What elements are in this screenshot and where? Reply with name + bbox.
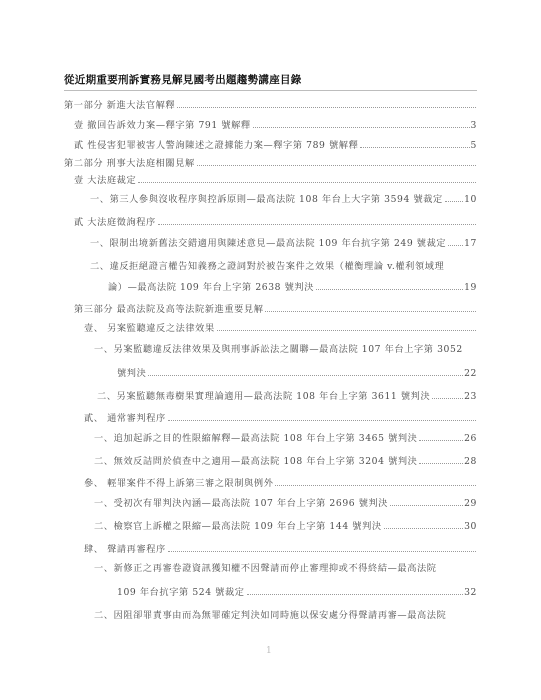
toc-entry[interactable]: 貳、 通常審判程序 — [84, 410, 477, 424]
toc-entry[interactable]: 一、新修正之再審卷證資訊獲知權不因聲請而停止審理抑或不得終結—最高法院 — [94, 560, 477, 574]
title-divider — [64, 90, 477, 91]
dot-leader — [168, 551, 476, 552]
toc-entry[interactable]: 一、限制出境新舊法交錯適用與陳述意見—最高法院 109 年台抗字第 249 號裁… — [90, 235, 477, 249]
toc-entry-title: 號判決 — [117, 365, 146, 379]
dot-leader — [360, 147, 469, 148]
dot-leader — [253, 127, 470, 128]
toc-entry[interactable]: 壹 撤回告訴效力案—釋字第 791 號解釋3 — [74, 117, 477, 131]
toc-entry-title: 一、受初次有罪判決內涵—最高法院 107 年台上字第 2696 號判決 — [94, 495, 388, 509]
dot-leader — [197, 165, 476, 166]
toc-entry-title: 參、 輕罪案件不得上訴第三審之限制與例外 — [84, 475, 273, 489]
dot-leader — [158, 224, 476, 225]
toc-entry-title: 二、違反拒絕證言權告知義務之證詞對於被告案件之效果（權衡理論 v.權利領域理 — [90, 258, 444, 272]
dot-leader — [419, 440, 463, 441]
toc-entry[interactable]: 貳 大法庭徵詢程序 — [74, 214, 477, 228]
toc-entry[interactable]: 第三部分 最高法院及高等法院新進重要見解 — [74, 301, 477, 315]
dot-leader — [445, 201, 463, 202]
toc-entry-title: 第二部分 刑事大法庭相關見解 — [64, 155, 195, 169]
toc-entry-title: 一、限制出境新舊法交錯適用與陳述意見—最高法院 109 年台抗字第 249 號裁… — [90, 235, 446, 249]
toc-entry-title: 壹、 另案監聽違反之法律效果 — [84, 320, 215, 334]
dot-leader — [138, 182, 476, 183]
dot-leader — [247, 594, 464, 595]
toc-entry[interactable]: 一、追加起訴之目的性限縮解釋—最高法院 108 年台上字第 3465 號判決26 — [94, 430, 477, 444]
toc-entry-page: 32 — [464, 587, 477, 598]
toc-entry[interactable]: 一、第三人參與沒收程序與控訴原則—最高法院 108 年台上大字第 3594 號裁… — [90, 191, 477, 205]
dot-leader — [419, 463, 463, 464]
toc-entry[interactable]: 第二部分 刑事大法庭相關見解 — [64, 155, 477, 169]
dot-leader — [384, 528, 463, 529]
toc-entry-title: 壹 撤回告訴效力案—釋字第 791 號解釋 — [74, 117, 251, 131]
toc-entry-title: 一、追加起訴之目的性限縮解釋—最高法院 108 年台上字第 3465 號判決 — [94, 430, 417, 444]
dot-leader — [275, 485, 476, 486]
toc-entry-title: 一、新修正之再審卷證資訊獲知權不因聲請而停止審理抑或不得終結—最高法院 — [94, 560, 437, 574]
toc-entry[interactable]: 109 年台抗字第 524 號裁定32 — [117, 584, 477, 598]
toc-entry-page: 22 — [464, 368, 477, 379]
page-number: 1 — [266, 646, 272, 656]
toc-entry-title: 二、因阻卻罪責事由而為無罪確定判決如同時施以保安處分得聲請再審—最高法院 — [94, 607, 446, 621]
dot-leader — [390, 505, 463, 506]
toc-entry-page: 17 — [464, 238, 477, 249]
toc-entry-title: 論）—最高法院 109 年台上字第 2638 號判決 — [108, 279, 314, 293]
dot-leader — [177, 107, 476, 108]
toc-entry[interactable]: 第一部分 新進大法官解釋 — [64, 97, 477, 111]
document-page: 從近期重要刑訴實務見解見國考出題趨勢講座目錄 第一部分 新進大法官解釋壹 撤回告… — [0, 0, 541, 700]
toc-entry-title: 二、無效反詰問於偵查中之適用—最高法院 108 年台上字第 3204 號判決 — [94, 453, 417, 467]
dot-leader — [265, 311, 476, 312]
dot-leader — [316, 289, 463, 290]
toc-entry-title: 二、檢察官上訴權之限縮—最高法院 109 年台上字第 144 號判決 — [94, 518, 382, 532]
toc-entry-title: 貳、 通常審判程序 — [84, 410, 166, 424]
dot-leader — [168, 420, 476, 421]
toc-entry-page: 5 — [471, 140, 477, 151]
toc-entry-title: 第三部分 最高法院及高等法院新進重要見解 — [74, 301, 263, 315]
toc-entry[interactable]: 參、 輕罪案件不得上訴第三審之限制與例外 — [84, 475, 477, 489]
toc-entry[interactable]: 二、違反拒絕證言權告知義務之證詞對於被告案件之效果（權衡理論 v.權利領域理 — [90, 258, 477, 272]
toc-entry-title: 肆、 聲請再審程序 — [84, 541, 166, 555]
toc-entry[interactable]: 二、因阻卻罪責事由而為無罪確定判決如同時施以保安處分得聲請再審—最高法院 — [94, 607, 477, 621]
toc-entry-title: 貳 性侵害犯罪被害人警詢陳述之證據能力案—釋字第 789 號解釋 — [74, 137, 358, 151]
toc-entry[interactable]: 一、受初次有罪判決內涵—最高法院 107 年台上字第 2696 號判決29 — [94, 495, 477, 509]
dot-leader — [448, 245, 463, 246]
toc-entry-title: 貳 大法庭徵詢程序 — [74, 214, 156, 228]
dot-leader — [217, 330, 476, 331]
toc-entry-page: 26 — [464, 433, 477, 444]
toc-entry-page: 23 — [464, 391, 477, 402]
toc-entry-page: 29 — [464, 498, 477, 509]
toc-entry[interactable]: 二、無效反詰問於偵查中之適用—最高法院 108 年台上字第 3204 號判決28 — [94, 453, 477, 467]
toc-entry[interactable]: 貳 性侵害犯罪被害人警詢陳述之證據能力案—釋字第 789 號解釋5 — [74, 137, 477, 151]
toc-entry[interactable]: 二、檢察官上訴權之限縮—最高法院 109 年台上字第 144 號判決30 — [94, 518, 477, 532]
toc-entry[interactable]: 號判決22 — [117, 365, 477, 379]
toc-entry-title: 一、第三人參與沒收程序與控訴原則—最高法院 108 年台上大字第 3594 號裁… — [90, 191, 443, 205]
toc-entry[interactable]: 論）—最高法院 109 年台上字第 2638 號判決19 — [108, 279, 477, 293]
toc-entry-page: 28 — [464, 456, 477, 467]
toc-entry-page: 10 — [464, 194, 477, 205]
toc-entry-page: 30 — [464, 521, 477, 532]
dot-leader — [432, 398, 463, 399]
toc-entry[interactable]: 壹 大法庭裁定 — [74, 172, 477, 186]
toc-entry-page: 19 — [464, 282, 477, 293]
toc-entry[interactable]: 肆、 聲請再審程序 — [84, 541, 477, 555]
toc-entry-title: 第一部分 新進大法官解釋 — [64, 97, 175, 111]
document-title: 從近期重要刑訴實務見解見國考出題趨勢講座目錄 — [64, 72, 302, 87]
toc-entry[interactable]: 一、另案監聽違反法律效果及與刑事訴訟法之關聯—最高法院 107 年台上字第 30… — [94, 341, 477, 355]
toc-entry-page: 3 — [471, 120, 477, 131]
toc-entry[interactable]: 壹、 另案監聽違反之法律效果 — [84, 320, 477, 334]
toc-entry-title: 一、另案監聽違反法律效果及與刑事訴訟法之關聯—最高法院 107 年台上字第 30… — [94, 341, 463, 355]
toc-entry-title: 109 年台抗字第 524 號裁定 — [117, 584, 245, 598]
toc-entry[interactable]: 二、另案監聽無毒樹果實理論適用—最高法院 108 年台上字第 3611 號判決2… — [97, 388, 477, 402]
toc-entry-title: 壹 大法庭裁定 — [74, 172, 136, 186]
toc-entry-title: 二、另案監聽無毒樹果實理論適用—最高法院 108 年台上字第 3611 號判決 — [97, 388, 430, 402]
dot-leader — [148, 375, 463, 376]
